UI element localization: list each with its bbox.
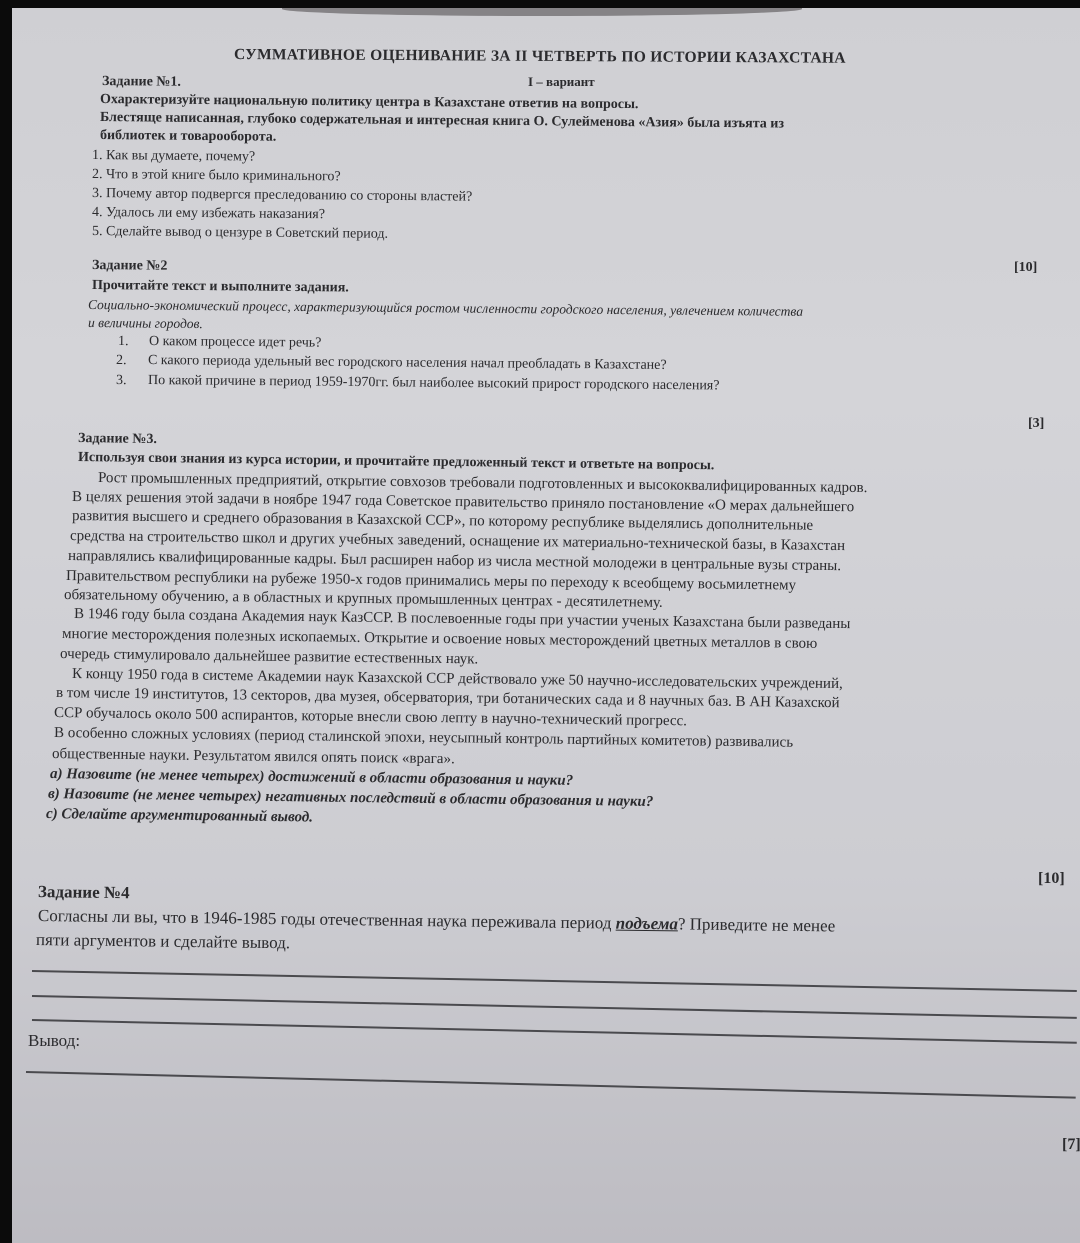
task4-text-line2: пяти аргументов и сделайте вывод. [36, 930, 290, 953]
variant-label: I – вариант [528, 74, 595, 90]
task1-heading: Задание №1. [102, 74, 181, 91]
task1-question: 5. Сделайте вывод о цензуре в Советский … [92, 224, 388, 243]
task1-question: 1. Как вы думаете, почему? [92, 148, 255, 166]
document-title: СУММАТИВНОЕ ОЦЕНИВАНИЕ ЗА II ЧЕТВЕРТЬ ПО… [234, 46, 846, 68]
task3-question: с) Сделайте аргументированный вывод. [46, 806, 313, 826]
task4-text-after: ? Приведите не менее [678, 914, 836, 935]
answer-line[interactable] [32, 1019, 1077, 1043]
task2-question: С какого периода удельный вес городского… [148, 353, 667, 374]
task4-heading: Задание №4 [38, 882, 130, 903]
task1-text-line2: библиотек и товарооборота. [100, 128, 276, 146]
task2-instruction: Прочитайте текст и выполните задания. [92, 278, 349, 296]
answer-line[interactable] [32, 970, 1077, 992]
exam-sheet: СУММАТИВНОЕ ОЦЕНИВАНИЕ ЗА II ЧЕТВЕРТЬ ПО… [12, 8, 1080, 1243]
task3-text-line: очередь стимулировало дальнейшее развити… [60, 646, 478, 668]
conclusion-label: Вывод: [28, 1031, 80, 1051]
task2-question-num: 2. [116, 353, 127, 369]
task2-question: По какой причине в период 1959-1970гг. б… [148, 373, 720, 394]
task4-score: [7] [1062, 1136, 1080, 1154]
task2-question: О каком процессе идет речь? [149, 334, 322, 352]
task2-score: [3] [1028, 416, 1044, 432]
task3-score: [10] [1038, 870, 1065, 888]
task3-text-line: общественные науки. Результатом явился о… [52, 746, 455, 768]
task2-text-line2: и величины городов. [88, 315, 203, 332]
task4-text-before: Согласны ли вы, что в 1946-1985 годы оте… [38, 906, 616, 933]
task1-score: [10] [1014, 260, 1037, 276]
answer-line[interactable] [32, 995, 1077, 1018]
task2-question-num: 3. [116, 373, 127, 389]
task4-emphasis: подъема [616, 914, 678, 934]
task1-question: 2. Что в этой книге было криминального? [92, 167, 341, 185]
task3-heading: Задание №3. [78, 431, 157, 448]
task2-heading: Задание №2 [92, 258, 168, 275]
task2-question-num: 1. [118, 334, 129, 350]
conclusion-answer-line[interactable] [26, 1071, 1076, 1098]
paper-fold-shadow [282, 8, 802, 16]
task1-question: 3. Почему автор подвергся преследованию … [92, 186, 472, 206]
task1-question: 4. Удалось ли ему избежать наказания? [92, 205, 325, 223]
